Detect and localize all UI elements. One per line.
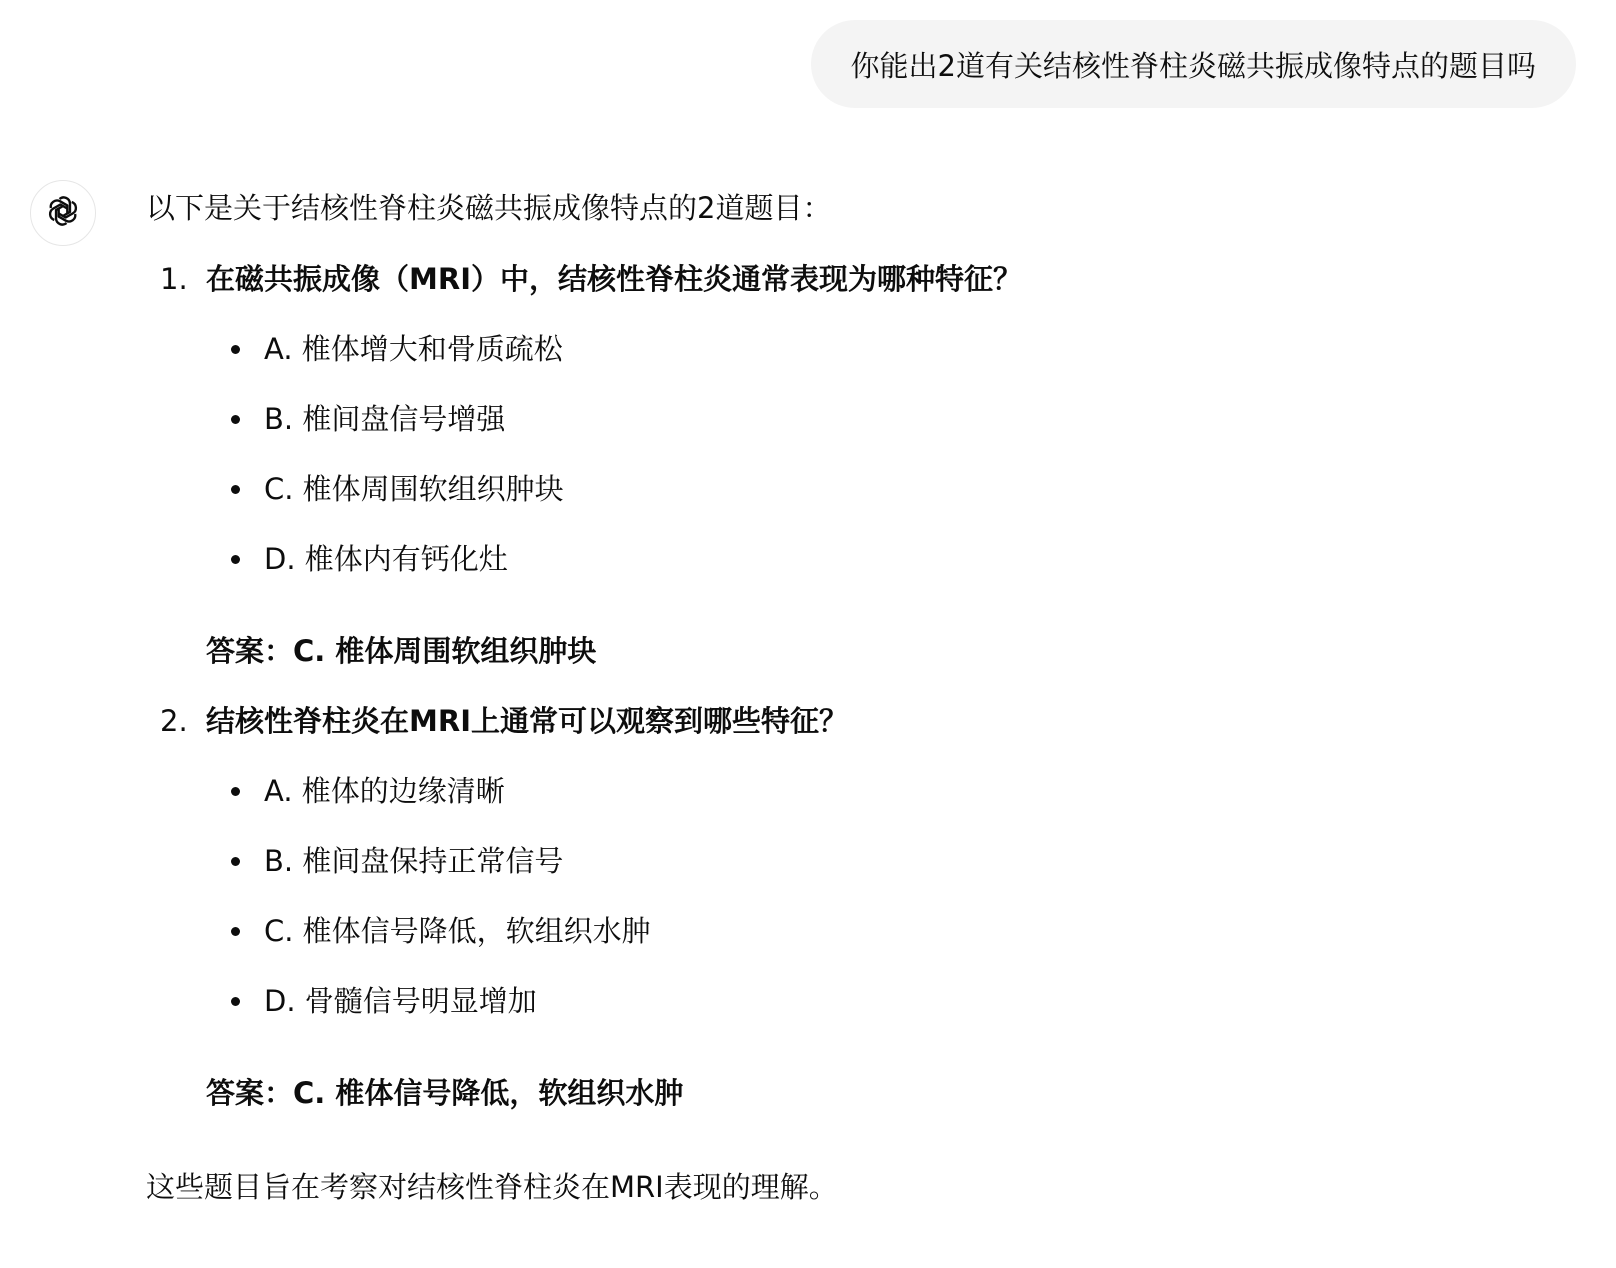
assistant-avatar bbox=[30, 180, 96, 246]
answer-text: 答案：C. 椎体信号降低，软组织水肿 bbox=[206, 1073, 683, 1113]
bullet-icon bbox=[231, 415, 240, 424]
option-item: A. 椎体的边缘清晰 bbox=[264, 771, 505, 811]
option-item: B. 椎间盘保持正常信号 bbox=[264, 841, 563, 881]
option-item: A. 椎体增大和骨质疏松 bbox=[264, 329, 563, 369]
question-number: 1. bbox=[160, 259, 188, 299]
option-item: B. 椎间盘信号增强 bbox=[264, 399, 505, 439]
bullet-icon bbox=[231, 345, 240, 354]
question-text: 结核性脊柱炎在MRI上通常可以观察到哪些特征？ bbox=[206, 701, 848, 741]
option-item: C. 椎体周围软组织肿块 bbox=[264, 469, 564, 509]
bullet-icon bbox=[231, 555, 240, 564]
assistant-intro: 以下是关于结核性脊柱炎磁共振成像特点的2道题目： bbox=[146, 188, 831, 228]
user-message-text: 你能出2道有关结核性脊柱炎磁共振成像特点的题目吗 bbox=[851, 44, 1536, 85]
option-item: C. 椎体信号降低，软组织水肿 bbox=[264, 911, 651, 951]
bullet-icon bbox=[231, 857, 240, 866]
bullet-icon bbox=[231, 485, 240, 494]
bullet-icon bbox=[231, 997, 240, 1006]
assistant-conclusion: 这些题目旨在考察对结核性脊柱炎在MRI表现的理解。 bbox=[146, 1167, 838, 1207]
user-message-row: 你能出2道有关结核性脊柱炎磁共振成像特点的题目吗 bbox=[811, 20, 1576, 108]
bullet-icon bbox=[231, 787, 240, 796]
question-number: 2. bbox=[160, 701, 188, 741]
answer-text: 答案：C. 椎体周围软组织肿块 bbox=[206, 631, 596, 671]
bullet-icon bbox=[231, 927, 240, 936]
option-item: D. 骨髓信号明显增加 bbox=[264, 981, 537, 1021]
openai-logo-icon bbox=[44, 192, 82, 234]
option-item: D. 椎体内有钙化灶 bbox=[264, 539, 508, 579]
user-message-bubble: 你能出2道有关结核性脊柱炎磁共振成像特点的题目吗 bbox=[811, 20, 1576, 108]
question-text: 在磁共振成像（MRI）中，结核性脊柱炎通常表现为哪种特征？ bbox=[206, 259, 1022, 299]
